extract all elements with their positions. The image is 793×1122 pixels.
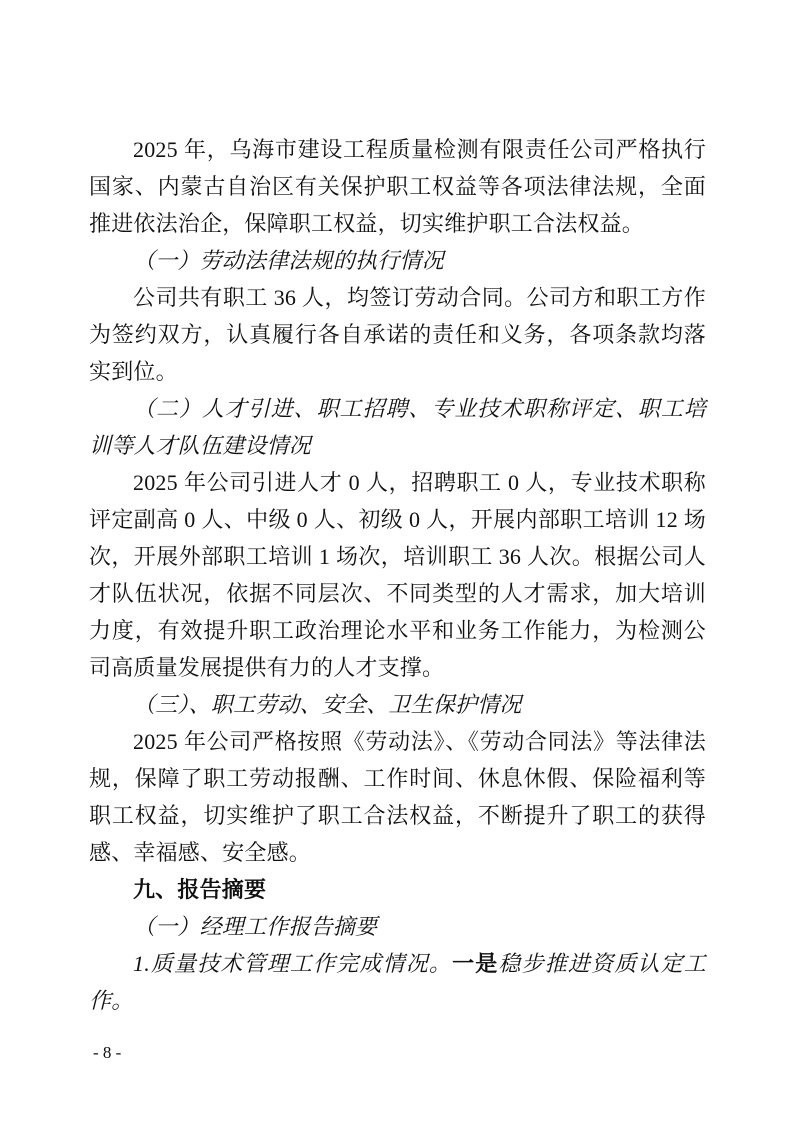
document-body: 2025 年，乌海市建设工程质量检测有限责任公司严格执行国家、内蒙古自治区有关保…	[89, 131, 706, 1019]
paragraph-talent-training: 2025 年公司引进人才 0 人，招聘职工 0 人，专业技术职称评定副高 0 人…	[89, 464, 706, 686]
run-plain-1: 1.质量技术管理工作完成情况。	[133, 951, 452, 976]
paragraph-labor-contracts: 公司共有职工 36 人，均签订劳动合同。公司方和职工方作为签约双方，认真履行各自…	[89, 279, 706, 390]
intro-paragraph: 2025 年，乌海市建设工程质量检测有限责任公司严格执行国家、内蒙古自治区有关保…	[89, 131, 706, 242]
page-number: - 8 -	[93, 1041, 121, 1065]
subsection-heading-safety: （三）、职工劳动、安全、卫生保护情况	[89, 686, 706, 723]
subsection-heading-talent: （二）人才引进、职工招聘、专业技术职称评定、职工培训等人才队伍建设情况	[89, 390, 706, 464]
subsection-heading-manager-report: （一）经理工作报告摘要	[89, 908, 706, 945]
document-page: 2025 年，乌海市建设工程质量检测有限责任公司严格执行国家、内蒙古自治区有关保…	[0, 0, 793, 1122]
section-heading-report-summary: 九、报告摘要	[89, 871, 706, 908]
run-bold-emphasis: 一是	[452, 951, 498, 976]
paragraph-worker-protection: 2025 年公司严格按照《劳动法》、《劳动合同法》等法律法规，保障了职工劳动报酬…	[89, 723, 706, 871]
paragraph-quality-management-summary: 1.质量技术管理工作完成情况。一是稳步推进资质认定工作。	[89, 945, 706, 1019]
subsection-heading-labor-law: （一）劳动法律法规的执行情况	[89, 242, 706, 279]
